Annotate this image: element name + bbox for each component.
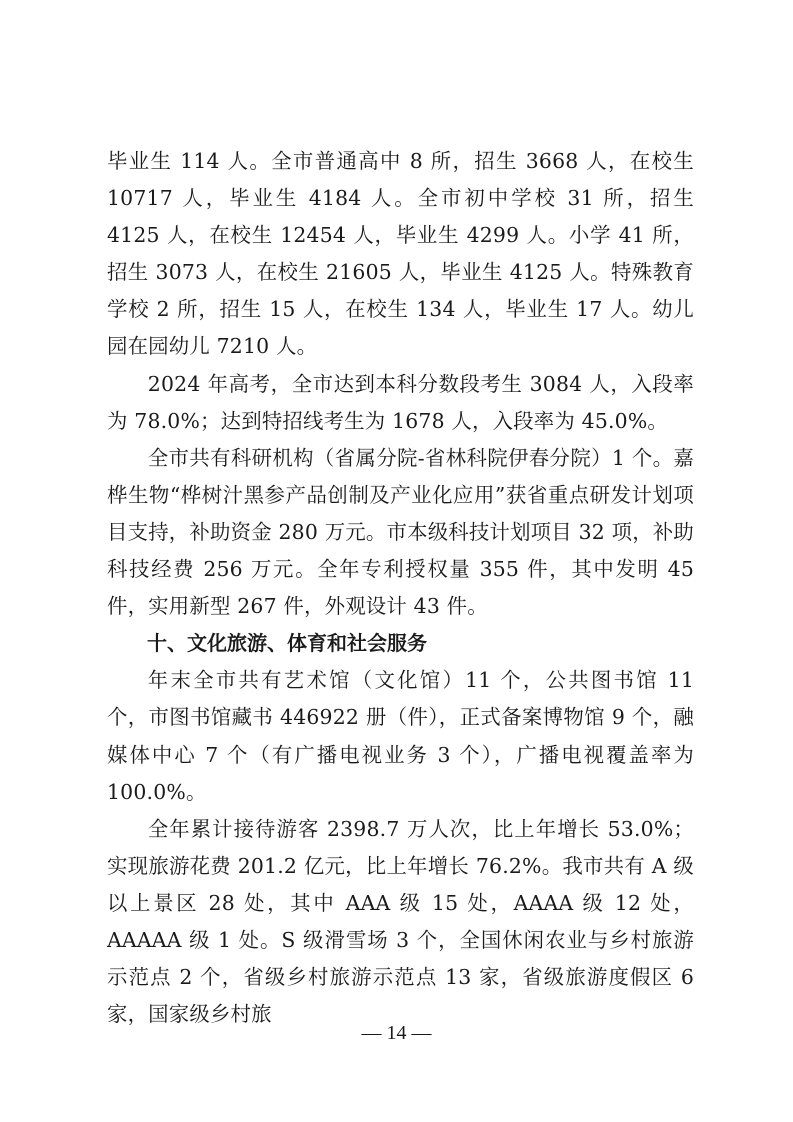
paragraph-science-research: 全市共有科研机构（省属分院-省林科院伊春分院）1 个。嘉桦生物“桦树汁黑参产品创… xyxy=(107,440,694,625)
paragraph-culture-facilities: 年末全市共有艺术馆（文化馆）11 个，公共图书馆 11 个，市图书馆藏书 446… xyxy=(107,662,694,810)
section-heading: 十、文化旅游、体育和社会服务 xyxy=(107,625,694,662)
page-number: — 14 — xyxy=(0,1022,793,1045)
paragraph-tourism: 全年累计接待游客 2398.7 万人次，比上年增长 53.0%；实现旅游花费 2… xyxy=(107,811,694,1034)
document-body: 毕业生 114 人。全市普通高中 8 所，招生 3668 人，在校生 10717… xyxy=(107,143,694,1033)
paragraph-gaokao: 2024 年高考，全市达到本科分数段考生 3084 人，入段率为 78.0%；达… xyxy=(107,366,694,440)
paragraph-education-continued: 毕业生 114 人。全市普通高中 8 所，招生 3668 人，在校生 10717… xyxy=(107,143,694,366)
